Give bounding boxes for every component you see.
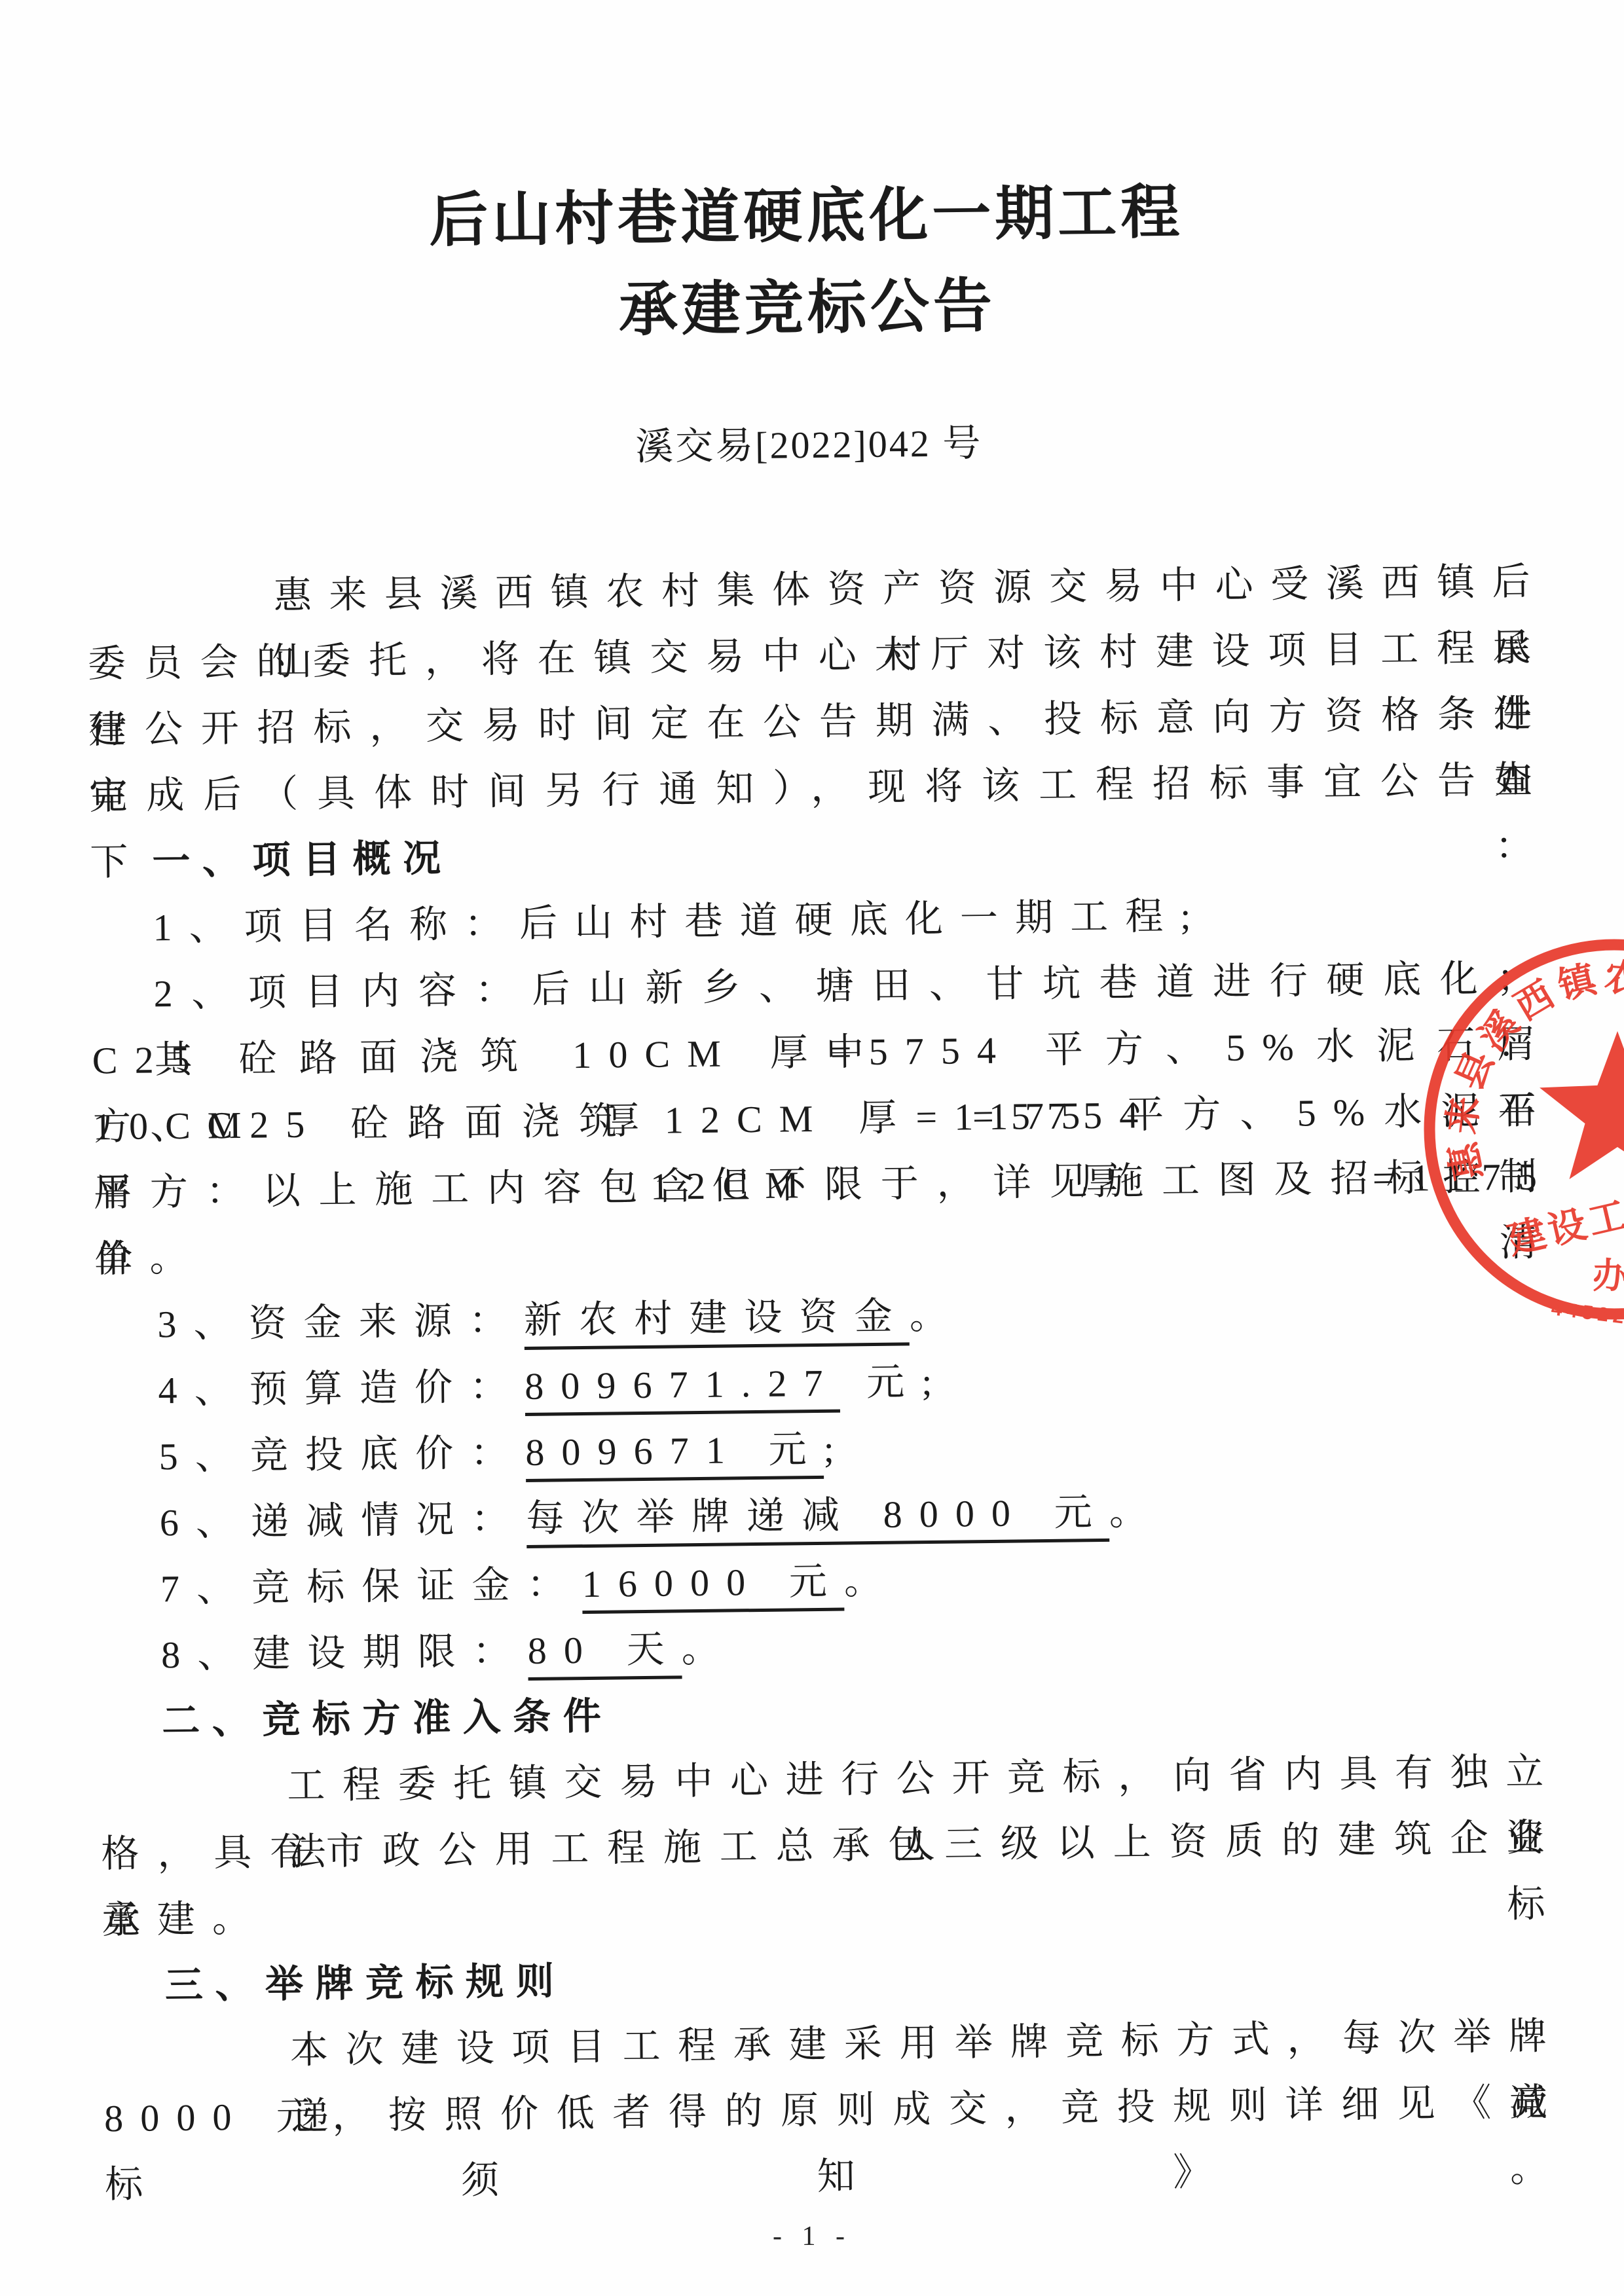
- item4-suffix: 元;: [840, 1360, 950, 1404]
- item8-label: 8、建设期限：: [161, 1630, 528, 1676]
- item5-underlined-value: 809671 元: [525, 1428, 824, 1482]
- item5-suffix: ;: [823, 1427, 851, 1470]
- document-body: 惠来县溪西镇农村集体资产资源交易中心受溪西镇后山村民 委员会的委托，将在镇交易中…: [86, 548, 1564, 2151]
- item4-label: 4、预算造价：: [158, 1365, 525, 1412]
- item5-label: 5、竞投底价：: [158, 1431, 525, 1478]
- item7-label: 7、竞标保证金：: [160, 1563, 583, 1610]
- page-title-line2: 承建竞标公告: [0, 254, 1620, 364]
- doc-number: 溪交易[2022]042 号: [0, 408, 1621, 482]
- page-title: 后山村巷道硬底化一期工程 承建竞标公告: [0, 0, 1620, 364]
- item7-underlined-value: 16000 元: [581, 1560, 844, 1614]
- item6-underlined-value: 每次举牌递减 8000 元: [526, 1491, 1109, 1548]
- item6-suffix: 。: [1109, 1490, 1164, 1533]
- page-number: - 1 -: [0, 2221, 1624, 2252]
- document-page: 后山村巷道硬底化一期工程 承建竞标公告 溪交易[2022]042 号 惠来县溪西…: [0, 0, 1624, 2296]
- page-title-line1: 后山村巷道硬底化一期工程: [0, 162, 1619, 272]
- document-content: 后山村巷道硬底化一期工程 承建竞标公告 溪交易[2022]042 号 惠来县溪西…: [0, 0, 1624, 2153]
- item3-underlined-value: 新农村建设资金: [524, 1294, 910, 1350]
- item7-suffix: 。: [844, 1559, 900, 1603]
- item8-underlined-value: 80 天: [527, 1628, 682, 1681]
- item3-label: 3、资金来源：: [157, 1299, 524, 1345]
- item4-underlined-value: 809671.27: [525, 1362, 840, 1416]
- item3-suffix: 。: [909, 1294, 965, 1337]
- item8-suffix: 。: [681, 1627, 737, 1670]
- item6-label: 6、递减情况：: [159, 1497, 526, 1544]
